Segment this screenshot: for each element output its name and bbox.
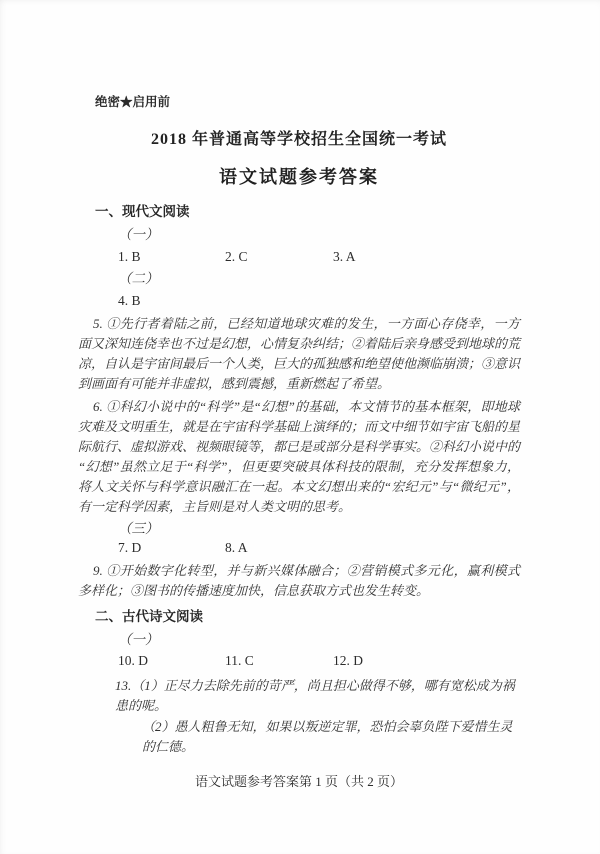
answer-9-paragraph: 9. ①开始数字化转型，并与新兴媒体融合；②营销模式多元化，赢利模式多样化；③图… [78, 561, 520, 601]
answer-7: 7. D [118, 540, 225, 555]
answer-12: 12. D [333, 653, 363, 668]
section-heading-modern-text-reading: 一、现代文阅读 [95, 204, 520, 220]
answer-13-part-1: 13.（1）正尽力去除先前的苛严，尚且担心做得不够，哪有宽松成为祸患的呢。 [115, 676, 520, 716]
answer-11: 11. C [225, 653, 333, 668]
answers-row-1-3: 1. B2. C3. A [78, 249, 520, 264]
answer-10: 10. D [118, 653, 225, 668]
answer-4: 4. B [118, 293, 225, 308]
page-footer: 语文试题参考答案第 1 页（共 2 页） [78, 774, 520, 789]
exam-title: 2018 年普通高等学校招生全国统一考试 [78, 130, 520, 150]
page-title: 语文试题参考答案 [78, 166, 520, 189]
answer-3: 3. A [333, 249, 356, 264]
exam-answer-page: 绝密★启用前 2018 年普通高等学校招生全国统一考试 语文试题参考答案 一、现… [0, 0, 600, 854]
part-label-1-2: （二） [118, 271, 520, 286]
part-label-1-3: （三） [118, 521, 520, 536]
answers-row-7-8: 7. D8. A [78, 540, 520, 555]
security-notice: 绝密★启用前 [95, 95, 520, 110]
answer-6-paragraph: 6. ①科幻小说中的“科学”是“幻想”的基础，本文情节的基本框架，即地球灾难及文… [78, 397, 520, 517]
answer-1: 1. B [118, 249, 225, 264]
answer-8: 8. A [225, 540, 333, 555]
part-label-1-1: （一） [118, 227, 520, 242]
answer-13-part-2: （2）愚人粗鲁无知，如果以叛逆定罪，恐怕会辜负陛下爱惜生灵的仁德。 [142, 717, 520, 757]
answers-row-10-12: 10. D11. C12. D [78, 653, 520, 668]
part-label-2-1: （一） [118, 632, 520, 647]
answer-2: 2. C [225, 249, 333, 264]
section-heading-classical-poetry-reading: 二、古代诗文阅读 [95, 609, 520, 625]
answer-5-paragraph: 5. ①先行者着陆之前，已经知道地球灾难的发生，一方面心存侥幸，一方面又深知连侥… [78, 314, 520, 394]
answers-row-4: 4. B [78, 293, 520, 308]
